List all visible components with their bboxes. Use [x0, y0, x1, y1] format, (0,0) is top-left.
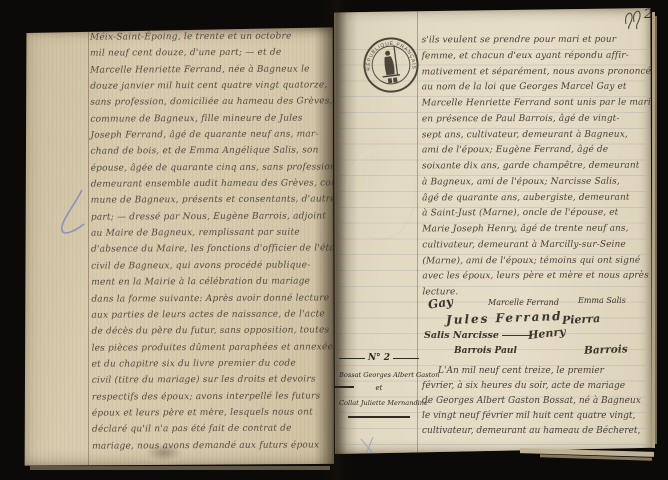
manuscript-line: les pièces produites dûment paraphées et… — [92, 339, 332, 357]
manuscript-line: au nom de la loi que Georges Marcel Gay … — [422, 80, 650, 97]
manuscript-line: aux parties de leurs actes de naissance,… — [91, 306, 331, 324]
manuscript-line: épouse, âgée de quarante cinq ans, sans … — [91, 159, 331, 177]
manuscript-line: ment en la Mairie à la célébration du ma… — [91, 274, 331, 292]
manuscript-line: d'absence du Maire, les fonctions d'offi… — [91, 241, 331, 259]
marianne-figure-icon — [379, 45, 401, 84]
manuscript-line: sans profession, domiciliée au hameau de… — [90, 94, 330, 112]
manuscript-line: mativement et séparément, nous avons pro… — [422, 64, 650, 81]
conjunction: et — [339, 384, 419, 392]
manuscript-line: à Bagneux, ami de l'époux; Narcisse Sali… — [422, 174, 650, 191]
manuscript-line: part; — dressé par Nous, Eugène Barrois,… — [91, 208, 331, 226]
next-act-text: L'An mil neuf cent treize, le premier fé… — [422, 364, 650, 439]
signature: Gay — [427, 294, 454, 311]
manuscript-line: âgé de quarante ans, aubergiste, demeura… — [422, 190, 650, 207]
manuscript-line: Marcelle Henriette Ferrand, née à Bagneu… — [90, 61, 330, 79]
manuscript-line: commune de Bagneux, fille mineure de Jul… — [90, 110, 330, 128]
manuscript-line: le vingt neuf février mil huit cent quat… — [422, 409, 650, 424]
act-number: N° 2 — [368, 353, 390, 363]
manuscript-line: à Saint-Just (Marne), oncle de l'épouse,… — [422, 206, 650, 223]
embossed-seal — [346, 148, 416, 240]
rule — [348, 416, 410, 418]
manuscript-line: cultivateur, demeurant au hameau de Béch… — [422, 424, 650, 439]
manuscript-line: civil de Bagneux, qui avons procédé publ… — [91, 257, 331, 275]
manuscript-line: et du chapitre six du livre premier du c… — [92, 355, 332, 373]
manuscript-line: sept ans, cultivateur, demeurant à Bagne… — [422, 127, 650, 144]
manuscript-line: respectifs des époux; avons interpellé l… — [92, 388, 332, 406]
manuscript-line: L'An mil neuf cent treize, le premier — [422, 364, 650, 379]
manuscript-line: femme, et chacun d'eux ayant répondu aff… — [422, 48, 650, 65]
republique-francaise-seal: RÉPUBLIQUE FRANÇAISE — [359, 33, 424, 98]
manuscript-line: au Maire de Bagneux, remplissant par sui… — [91, 224, 331, 242]
manuscript-line: s'ils veulent se prendre pour mari et po… — [422, 33, 650, 50]
margin-note-header: N° 2 — [339, 352, 419, 364]
ink-paraph-icon — [622, 8, 644, 30]
manuscript-line: chand de bois, et de Emma Angélique Sali… — [90, 143, 330, 161]
signature: Jules Ferrand — [446, 309, 563, 327]
groom-name: Bossat Georges Albert Gaston — [339, 371, 419, 379]
manuscript-line: Méix-Saint-Époing, le trente et un octob… — [90, 28, 330, 46]
rule — [393, 358, 419, 359]
manuscript-line: ami de l'époux; Eugène Ferrand, âgé de — [422, 143, 650, 160]
manuscript-line: soixante dix ans, garde champêtre, demeu… — [422, 159, 650, 176]
rule — [339, 358, 365, 359]
blue-pencil-cross — [358, 436, 380, 454]
page-edge-stack — [30, 466, 330, 470]
signature: Emma Salis — [578, 296, 626, 305]
scanned-register-spread: Méix-Saint-Époing, le trente et un octob… — [0, 0, 668, 480]
manuscript-line: en présence de Paul Barrois, âgé de ving… — [422, 111, 650, 128]
signature-block: Gay Marcelle Ferrand Emma Salis Jules Fe… — [420, 290, 652, 362]
manuscript-line: Marie Joseph Henry, âgé de trente neuf a… — [422, 222, 650, 239]
bride-name: Collat Juliette Mernandine — [339, 399, 419, 407]
manuscript-line: cultivateur, demeurant à Marcilly-sur-Se… — [422, 237, 650, 254]
ink-smudge — [146, 444, 182, 461]
manuscript-line: Joseph Ferrand, âgé de quarante neuf ans… — [90, 126, 330, 144]
right-page-text: s'ils veulent se prendre pour mari et po… — [422, 33, 651, 302]
manuscript-line: déclaré qu'il n'a pas été fait de contra… — [92, 421, 332, 439]
manuscript-line: mune de Bagneux, présents et consentants… — [91, 192, 331, 210]
manuscript-line: demeurant ensemble audit hameau des Grèv… — [91, 175, 331, 193]
manuscript-line: de décès du père du futur, sans oppositi… — [91, 323, 331, 341]
signature: Barrois — [584, 343, 628, 357]
right-page: RÉPUBLIQUE FRANÇAISE 2 s'ils veu — [334, 8, 652, 454]
manuscript-line: (Marne), ami de l'époux; témoins qui ont… — [422, 253, 650, 270]
manuscript-line: février, à six heures du soir, acte de m… — [422, 379, 650, 394]
signature: Salis Narcisse — [424, 330, 532, 341]
left-page-text: Méix-Saint-Époing, le trente et un octob… — [90, 28, 332, 454]
signature: Henry — [527, 325, 566, 342]
left-page: Méix-Saint-Époing, le trente et un octob… — [24, 26, 334, 467]
manuscript-line: avec les époux, leurs père et mère et no… — [422, 269, 650, 286]
manuscript-line: civil (titre du mariage) sur les droits … — [92, 372, 332, 390]
manuscript-line: dans la forme suivante: Après avoir donn… — [91, 290, 331, 308]
page-number: 2 — [644, 8, 652, 22]
manuscript-line: époux et leurs père et mère, lesquels no… — [92, 404, 332, 422]
blue-pencil-mark — [50, 186, 92, 242]
folio-number: 2 — [622, 8, 652, 30]
signature: Pierra — [562, 312, 601, 327]
manuscript-line: de Georges Albert Gaston Bossat, né à Ba… — [422, 394, 650, 409]
left-page-margin-line — [88, 26, 89, 467]
manuscript-line: Marcelle Henriette Ferrand sont unis par… — [422, 96, 650, 113]
signature: Marcelle Ferrand — [488, 298, 559, 307]
manuscript-line: mil neuf cent douze, d'une part; — et de — [90, 45, 330, 63]
margin-note: N° 2 Bossat Georges Albert Gaston et Col… — [339, 352, 419, 418]
manuscript-line: douze janvier mil huit cent quatre vingt… — [90, 77, 330, 95]
signature: Barrois Paul — [454, 346, 517, 356]
page-edge-stack — [655, 16, 657, 444]
manuscript-line: mariage, nous avons demandé aux futurs é… — [92, 437, 332, 455]
